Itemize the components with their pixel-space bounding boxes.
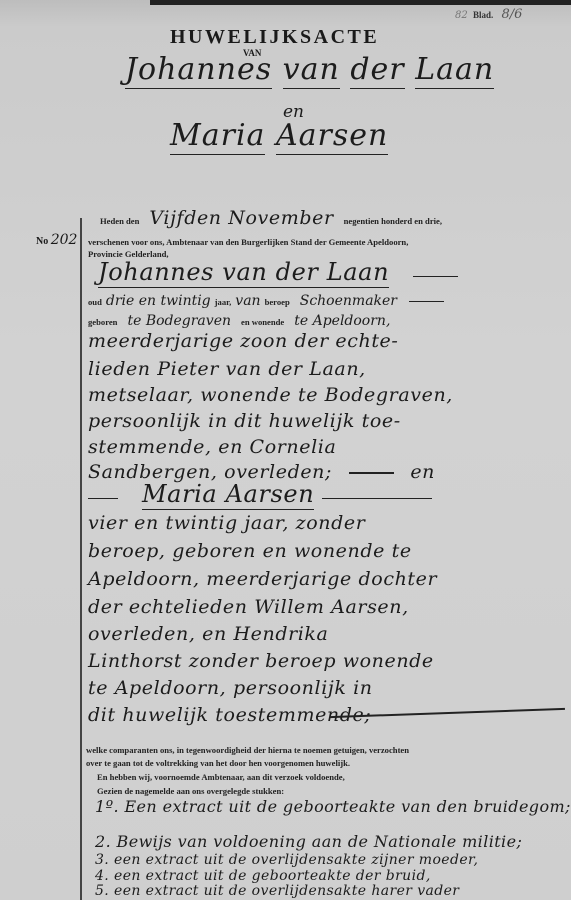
fill-dash (322, 498, 432, 500)
geboren-label: geboren (88, 317, 117, 327)
closing-line-2: over te gaan tot de voltrekking van het … (86, 758, 350, 768)
document-item: 1º. Een extract uit de geboorteakte van … (95, 797, 571, 816)
title-bride-name: Maria Aarsen (170, 118, 388, 153)
fill-dash (88, 498, 118, 500)
groom-occupation: Schoenmaker (300, 293, 397, 309)
groom-surname: Laan (415, 52, 494, 89)
act-number-value: 202 (51, 232, 78, 248)
groom-prefix-der: der (350, 52, 404, 89)
intro-line-1: Heden den Vijfden November negentien hon… (100, 207, 442, 229)
document-item: 4. een extract uit de geboorteakte der b… (95, 868, 431, 884)
document-item: 5. een extract uit de overlijdensakte ha… (95, 883, 459, 899)
bride-name-line: Maria Aarsen (88, 480, 432, 508)
groom-line: stemmende, en Cornelia (88, 436, 336, 458)
scan-edge (150, 0, 571, 5)
groom-age: drie en twintig (106, 293, 211, 309)
groom-residence: te Apeldoorn, (294, 313, 390, 329)
bride-line: dit huwelijk toestemmende; (88, 704, 371, 726)
groom-prefix-van: van (283, 52, 340, 89)
closing-line-4: Gezien de nagemelde aan ons overgelegde … (97, 786, 284, 796)
oud-label: oud (88, 297, 102, 307)
page-number-label: 82 Blad. 8/6 (455, 7, 522, 22)
heden-den-label: Heden den (100, 216, 139, 226)
fill-dash (409, 301, 444, 303)
groom-first-name: Johannes (125, 52, 272, 89)
bride-line: Apeldoorn, meerderjarige dochter (88, 568, 437, 590)
fill-dash (349, 472, 394, 474)
closing-line-1: welke comparanten ons, in tegenwoordighe… (86, 745, 409, 755)
bride-name: Maria Aarsen (142, 480, 314, 510)
fill-dash (413, 276, 458, 278)
bride-first-name: Maria (170, 118, 265, 155)
groom-line: lieden Pieter van der Laan, (88, 358, 366, 380)
groom-line: persoonlijk in dit huwelijk toe- (88, 410, 401, 432)
act-number-prefix: No (36, 236, 48, 247)
act-number: No 202 (36, 232, 77, 248)
bride-line: Linthorst zonder beroep wonende (88, 650, 434, 672)
jaar-label: jaar, (215, 297, 232, 307)
bride-line: te Apeldoorn, persoonlijk in (88, 677, 373, 699)
blad-label: Blad. (473, 10, 493, 20)
intro-line-2: verschenen voor ons, Ambtenaar van den B… (88, 237, 408, 247)
marriage-year: negentien honderd en drie, (344, 216, 442, 226)
beroep-label: beroep (265, 297, 290, 307)
marriage-date: Vijfden November (149, 207, 333, 229)
bride-line: beroep, geboren en wonende te (88, 540, 412, 562)
groom-name-line: Johannes van der Laan (98, 258, 458, 286)
groom-line: metselaar, wonende te Bodegraven, (88, 384, 453, 406)
groom-name: Johannes van der Laan (98, 258, 389, 288)
bride-line: der echtelieden Willem Aarsen, (88, 596, 409, 618)
groom-age-line: oud drie en twintig jaar, van beroep Sch… (88, 292, 444, 310)
groom-birth-line: geboren te Bodegraven en wonende te Apel… (88, 312, 390, 330)
bride-line: vier en twintig jaar, zonder (88, 512, 365, 534)
document-item: 3. een extract uit de overlijdensakte zi… (95, 852, 478, 868)
van-handwritten: van (235, 293, 260, 309)
margin-rule (80, 218, 82, 900)
page-number: 8/6 (502, 7, 523, 22)
document-title: HUWELIJKSACTE (170, 26, 379, 49)
bride-line: overleden, en Hendrika (88, 623, 328, 645)
groom-birthplace: te Bodegraven (127, 313, 231, 329)
bride-surname: Aarsen (276, 118, 388, 155)
title-groom-name: Johannes van der Laan (125, 52, 494, 87)
document-item: 2. Bewijs van voldoening aan de National… (95, 832, 522, 851)
closing-line-3: En hebben wij, voornoemde Ambtenaar, aan… (97, 772, 345, 782)
wonende-label: en wonende (241, 317, 284, 327)
groom-line: meerderjarige zoon der echte- (88, 330, 398, 352)
pencil-page-mark: 82 (455, 10, 468, 21)
